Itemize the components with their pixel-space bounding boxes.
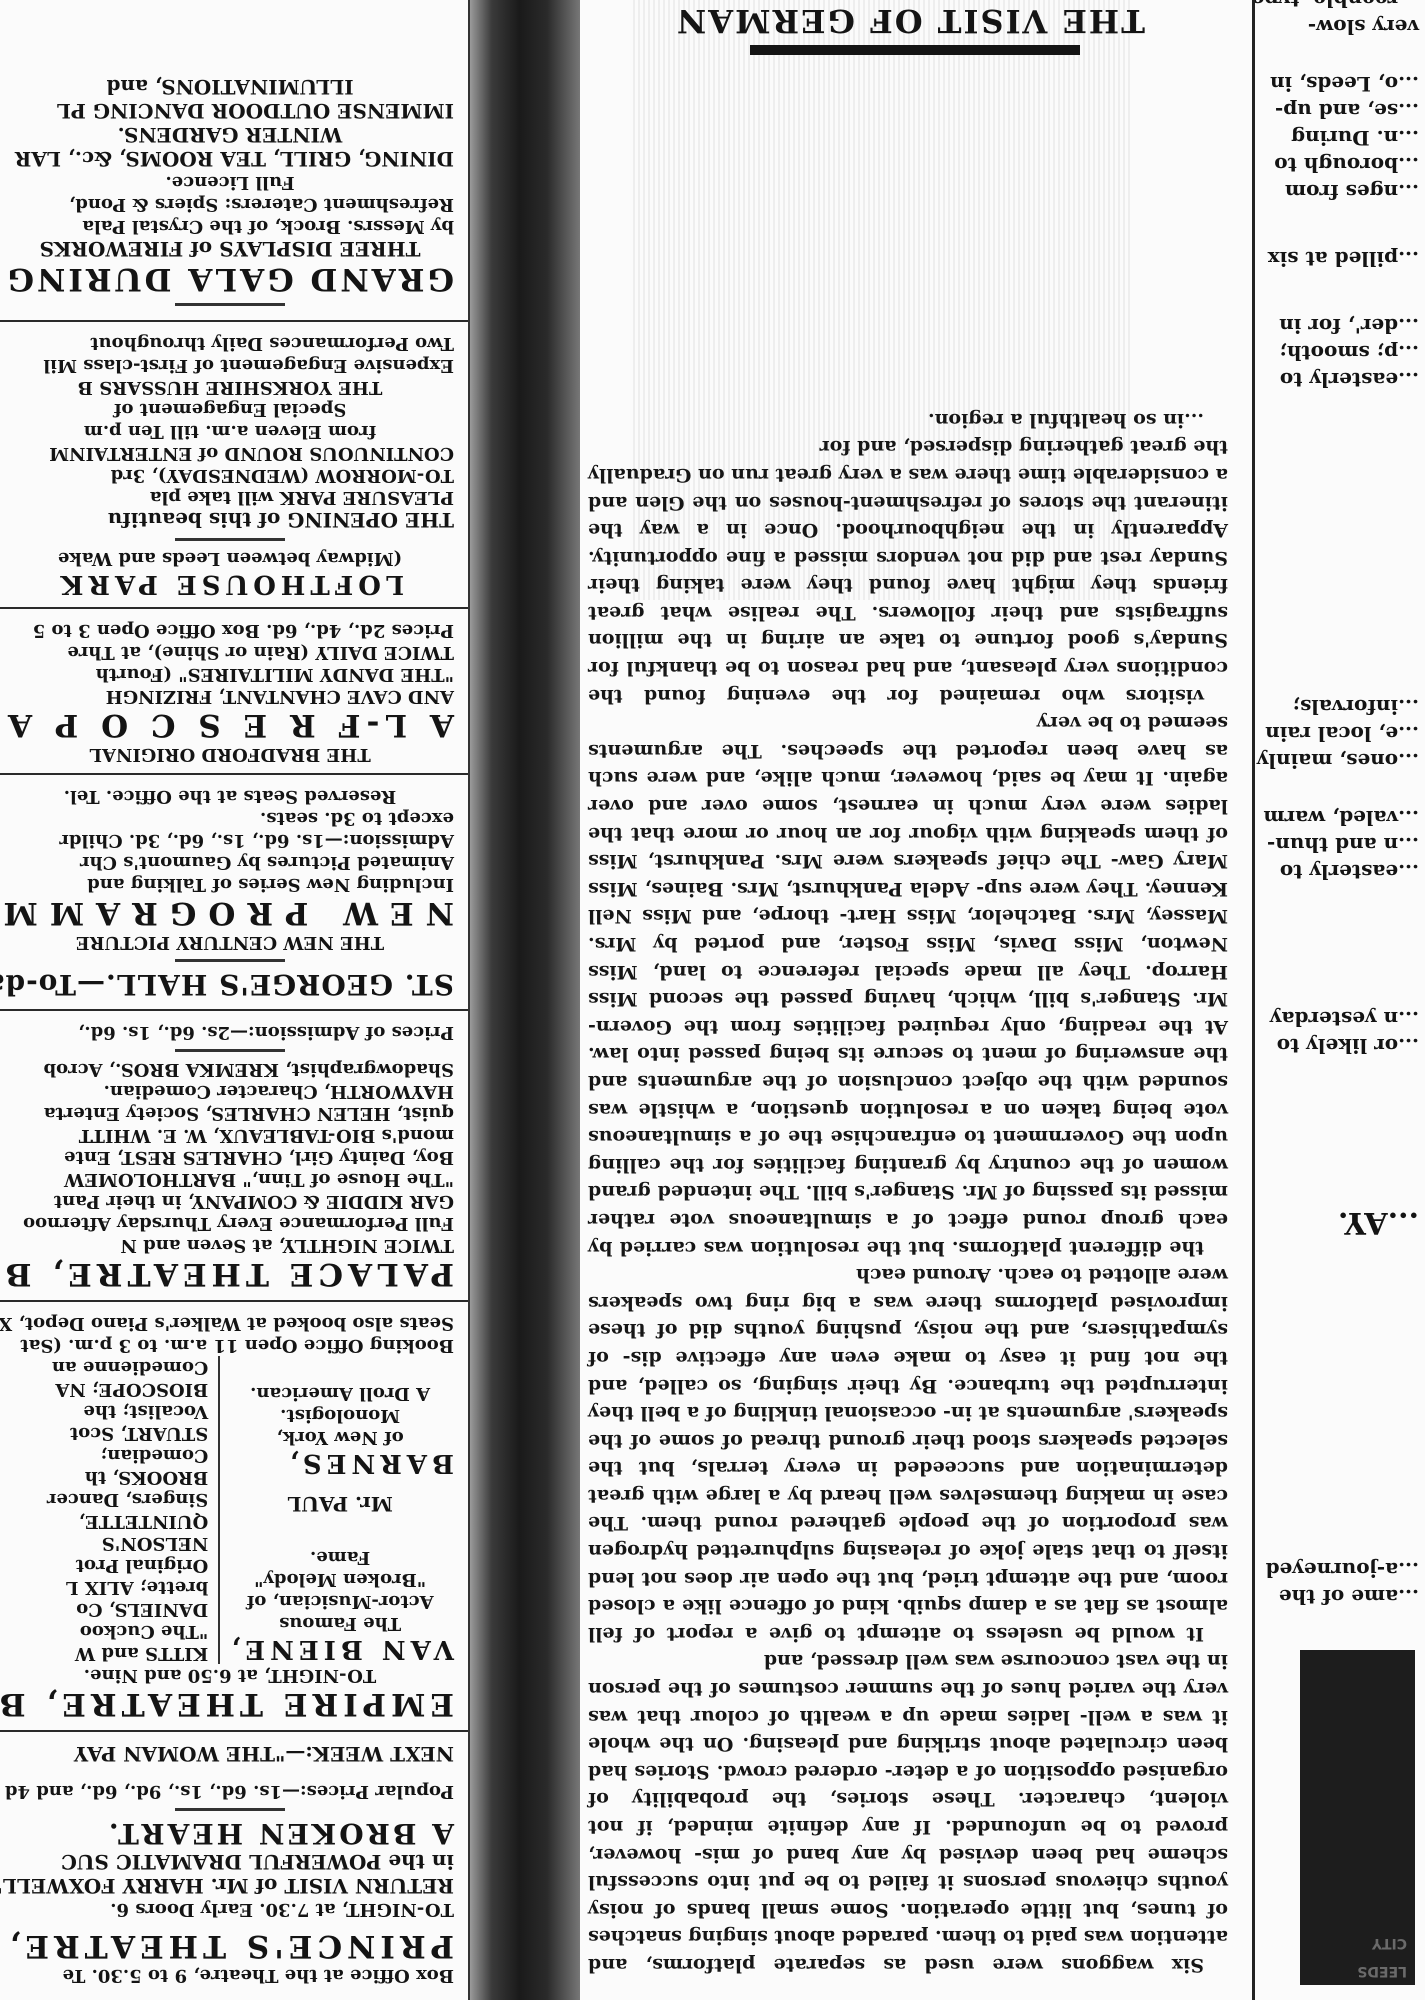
ad-line: (Midway between Leeds and Wake xyxy=(6,547,454,569)
weather-line: ...easterly to xyxy=(1255,858,1425,885)
ad-line: except to 3d. seats. xyxy=(6,807,454,829)
newspaper-page: LEEDS CITY ...ame of the ...a-journeyed … xyxy=(0,0,1425,2000)
ad-line: quist, HELEN CHARLES, Society Enterta xyxy=(6,1102,454,1124)
weather-line: ...n yesterday xyxy=(1255,1005,1425,1032)
weather-line: ...pilled at six xyxy=(1255,245,1425,272)
weather-line: ...n. During xyxy=(1255,124,1425,151)
ad-line: TWICE DAILY (Rain or Shine), at Thre xyxy=(6,641,454,663)
ad-line: "THE DANDY MILITAIRES" (Fourth xyxy=(6,663,454,685)
ad-line: by Messrs. Brock, of the Crystal Pala xyxy=(6,215,454,237)
ad-line: Box Office at the Theatre, 9 to 5.30. Te xyxy=(6,1964,454,1986)
divider xyxy=(175,1049,285,1052)
weather-line: ...nges from xyxy=(1255,178,1425,205)
ad-line: VAN BIENE, xyxy=(226,1634,454,1664)
weather-line: ...or likely to xyxy=(1255,1032,1425,1059)
tab-label-line: CITY xyxy=(1300,1929,1415,1957)
ad-line: Original Prot xyxy=(6,1554,208,1576)
ad-empire-theatre: EMPIRE THEATRE, BR TO-NIGHT, at 6.50 and… xyxy=(0,1300,468,1730)
ad-line: CONTINUOUS ROUND of ENTERTAINM xyxy=(6,442,454,464)
weather-line: ...n and thun- xyxy=(1255,831,1425,858)
ad-line: IMMENSE OUTDOOR DANCING PL xyxy=(6,99,454,123)
ad-line: THE OPENING of this beautifu xyxy=(6,508,454,532)
ad-line: Booking Office Open 11 a.m. to 3 p.m. (S… xyxy=(6,1334,454,1356)
ad-title: GRAND GALA DURING WE xyxy=(6,261,454,297)
weather-line: ...valed, warm xyxy=(1255,804,1425,831)
weather-line: ...ame of the xyxy=(1255,1583,1425,1610)
article-paragraph: visitors who remained for the evening fo… xyxy=(588,433,1228,709)
ad-line: Seats also booked at Walker's Piano Depo… xyxy=(6,1312,454,1334)
ad-line: Boy, Dainty Girl, CHARLES REST, Ente xyxy=(6,1146,454,1168)
article-paragraph: Six waggons were used as separate platfo… xyxy=(588,1647,1228,1978)
ad-line: "Broken Melody" xyxy=(226,1568,454,1590)
ad-line: Mr. PAUL xyxy=(226,1492,454,1516)
ad-line: Prices of Admission:—2s. 6d., 1s. 6d., xyxy=(6,1021,454,1043)
weather-line: ...o, Leeds, in xyxy=(1255,70,1425,97)
ad-line: Reserved Seats at the Office. Tel. xyxy=(6,785,454,807)
ad-title: EMPIRE THEATRE, BR xyxy=(6,1686,454,1722)
ad-title: ST. GEORGE'S HALL.—To-day, a xyxy=(6,968,454,1001)
ad-line: "The House of Tinn," BARTHOLOMEW xyxy=(6,1168,454,1190)
ad-grand-gala: GRAND GALA DURING WE THREE DISPLAYS of F… xyxy=(0,65,468,320)
ad-line: BARNES, xyxy=(226,1448,454,1478)
ad-line: WINTER GARDENS. xyxy=(6,123,454,147)
weather-line: ...borough to xyxy=(1255,151,1425,178)
article-headline: THE VISIT OF GERMAN PASTORS xyxy=(580,0,1240,40)
ad-line: Prices 2d., 4d., 6d. Box Office Open 3 t… xyxy=(6,619,454,641)
weather-line: ...se, and up- xyxy=(1255,97,1425,124)
ad-line: RETURN VISIT of Mr. HARRY FOXWELL'S xyxy=(6,1874,454,1898)
ad-line: GAR KIDDIE & COMPANY, in their Pant xyxy=(6,1190,454,1212)
ad-line: from Eleven a.m. till Ten p.m xyxy=(6,420,454,442)
ad-lofthouse-park: LOFTHOUSE PARK (Midway between Leeds and… xyxy=(0,320,468,607)
ad-line: ILLUMINATIONS, and xyxy=(6,75,454,99)
ad-line: mond's BIO-TABLEAUX, W. E. WHITT xyxy=(6,1124,454,1146)
ad-line: QUINTETTE, xyxy=(6,1510,208,1532)
ad-line: Singers, Dancer xyxy=(6,1488,208,1510)
ad-line: Two Performances Daily throughout xyxy=(6,332,454,354)
weather-line: ...a-journeyed xyxy=(1255,1556,1425,1583)
ad-line: in the POWERFUL DRAMATIC SUC xyxy=(6,1850,454,1874)
advertisements-column: Box Office at the Theatre, 9 to 5.30. Te… xyxy=(0,0,470,2000)
ad-line: The Famous xyxy=(226,1612,454,1634)
weather-line: ...AY. xyxy=(1255,1209,1425,1236)
ad-line: Actor-Musician, of xyxy=(226,1590,454,1612)
ad-line: Shadowgraphist, KREMKA BROS., Acrob xyxy=(6,1058,454,1080)
ad-line: TWICE NIGHTLY, at Seven and N xyxy=(6,1234,454,1256)
weather-line: ...p; smooth; xyxy=(1255,339,1425,366)
ad-line: Expensive Engagement of First-class Mil xyxy=(6,354,454,376)
ad-line: Vocalist; the xyxy=(6,1400,208,1422)
ad-line: TO-NIGHT, at 7.30. Early Doors 6. xyxy=(6,1898,454,1920)
ad-line: "The Cuckoo xyxy=(6,1620,208,1642)
ad-princes-theatre: Box Office at the Theatre, 9 to 5.30. Te… xyxy=(0,1730,468,2000)
ad-line: HAYWORTH, Character Comedian. xyxy=(6,1080,454,1102)
weather-line: very slow- xyxy=(1255,13,1425,40)
ad-line: Full Licence. xyxy=(6,171,454,193)
ad-al-fresco: THE BRADFORD ORIGINAL A L-F R E S C O P … xyxy=(0,607,468,773)
divider xyxy=(175,959,285,962)
ad-line: BIOSCOPE; NA xyxy=(6,1378,208,1400)
article-body: Six waggons were used as separate platfo… xyxy=(588,405,1228,1978)
ad-line: NEW PROGRAMM xyxy=(6,895,454,931)
ad-line: Comedian; xyxy=(6,1444,208,1466)
ad-line: Comedienne an xyxy=(6,1356,208,1378)
ad-line: A BROKEN HEART. xyxy=(6,1817,454,1850)
divider xyxy=(175,303,285,306)
ad-line: Special Engagement of xyxy=(6,398,454,420)
ad-title: A L-F R E S C O P A V xyxy=(6,707,454,743)
archive-tab-label: LEEDS CITY xyxy=(1300,1650,1415,1985)
ad-line: THE NEW CENTURY PICTURE xyxy=(6,931,454,953)
ad-line: Including New Series of Talking and xyxy=(6,873,454,895)
headline-rule xyxy=(750,45,1080,55)
ad-line: Animated Pictures by Gaumont's Chr xyxy=(6,851,454,873)
ad-line: NEXT WEEK:—"THE WOMAN PAY xyxy=(6,1742,454,1766)
ad-line: BROOKS, th xyxy=(6,1466,208,1488)
weather-line: ...der', for in xyxy=(1255,312,1425,339)
ad-title: LOFTHOUSE PARK xyxy=(6,569,454,599)
divider xyxy=(175,1808,285,1811)
ad-line: DANIELS, Co xyxy=(6,1598,208,1620)
page-fold-shadow xyxy=(470,0,580,2000)
ad-line: Monologist. xyxy=(226,1404,454,1426)
weather-line: ...easterly to xyxy=(1255,366,1425,393)
article-column: Six waggons were used as separate platfo… xyxy=(580,0,1240,2000)
ad-line: of New York, xyxy=(226,1426,454,1448)
article-paragraph: ...in so healthful a region. xyxy=(588,405,1228,433)
article-paragraph: the different platforms. but the resolut… xyxy=(588,709,1228,1261)
ad-line: Admission:—1s. 6d., 1s., 6d., 3d. Childr xyxy=(6,829,454,851)
weather-column-fragment: LEEDS CITY ...ame of the ...a-journeyed … xyxy=(1252,0,1425,2000)
ad-line: Full Performance Every Thursday Afternoo xyxy=(6,1212,454,1234)
ad-line: TO-NIGHT, at 6.50 and Nine. xyxy=(6,1664,454,1686)
ad-line: THE BRADFORD ORIGINAL xyxy=(6,743,454,765)
ad-line: A Droll American. xyxy=(226,1382,454,1404)
ad-line: AND CAVE CHANTANT, FRIZINGH xyxy=(6,685,454,707)
ad-line: Fame. xyxy=(226,1546,454,1568)
article-paragraph: It would be useless to attempt to give a… xyxy=(588,1261,1228,1647)
ad-line: KITTS and W xyxy=(6,1642,208,1664)
ad-line: TO-MORROW (WEDNESDAY), 3rd xyxy=(6,464,454,486)
ad-title: PALACE THEATRE, BR xyxy=(6,1256,454,1292)
ad-line: DINING, GRILL, TEA ROOMS, &c., LAR xyxy=(6,147,454,171)
weather-line: ...ones, mainly xyxy=(1255,747,1425,774)
weather-line: ...inforvals; xyxy=(1255,693,1425,720)
weather-line: ...reenble, typo xyxy=(1255,0,1425,13)
ad-st-georges-hall: ST. GEORGE'S HALL.—To-day, a THE NEW CEN… xyxy=(0,773,468,1009)
ad-line: STUART, Scot xyxy=(6,1422,208,1444)
weather-line: ...e, local rain xyxy=(1255,720,1425,747)
divider xyxy=(175,538,285,541)
ad-title: PRINCE'S THEATRE, BRA xyxy=(6,1928,454,1964)
ad-line: NELSON'S xyxy=(6,1532,208,1554)
ad-line: THE YORKSHIRE HUSSARS B xyxy=(6,376,454,398)
ad-line: brette; ALIX L xyxy=(6,1576,208,1598)
ad-line: Refreshment Caterers: Spiers & Pond, xyxy=(6,193,454,215)
tab-label-line: LEEDS xyxy=(1300,1957,1415,1985)
ad-line: PLEASURE PARK will take pla xyxy=(6,486,454,508)
ad-line: THREE DISPLAYS of FIREWORKS xyxy=(6,237,454,261)
ad-palace-theatre: PALACE THEATRE, BR TWICE NIGHTLY, at Sev… xyxy=(0,1009,468,1300)
ad-line: Popular Prices:—1s. 6d., 1s., 9d., 6d., … xyxy=(6,1780,454,1802)
